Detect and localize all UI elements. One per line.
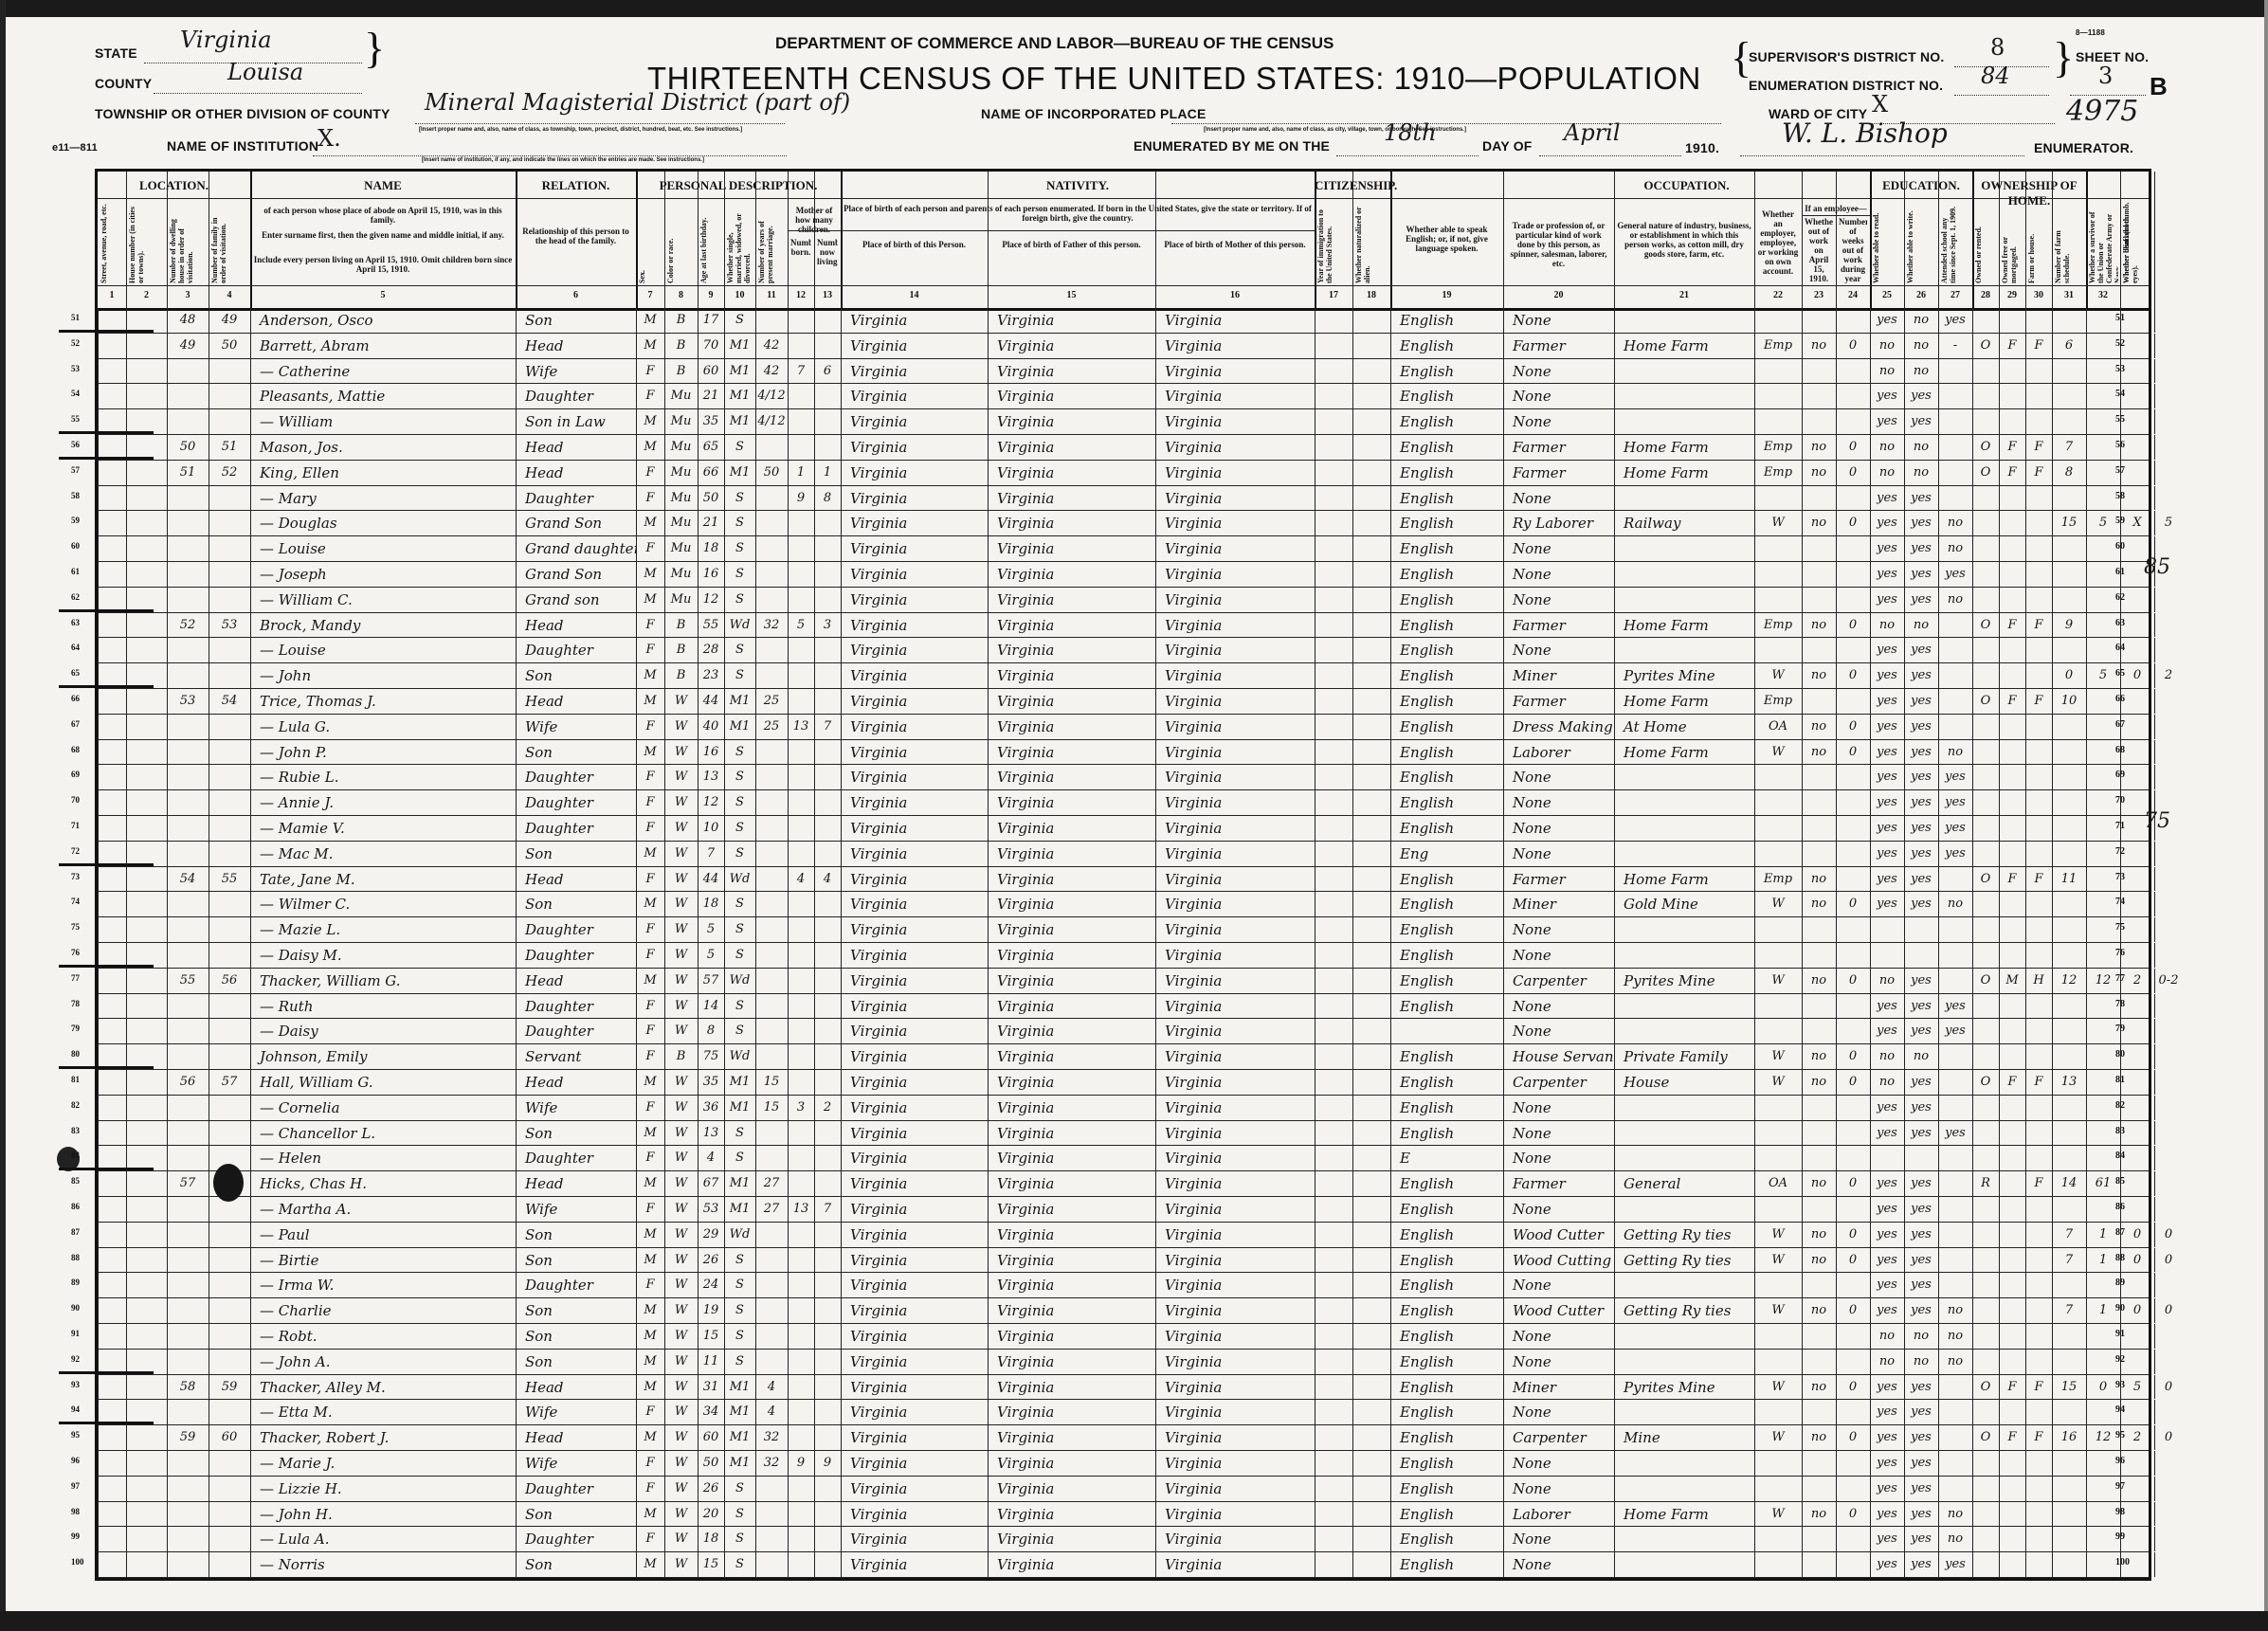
cell-read: no (1870, 334, 1904, 358)
cell-school: no (1938, 1324, 1972, 1349)
cell-sched (2052, 562, 2086, 587)
cell-weeks (1836, 1477, 1870, 1501)
cell-race: W (664, 1096, 698, 1120)
cell-bp: Virginia (841, 1146, 988, 1170)
cell-emp (1754, 536, 1802, 561)
cell-out: no (1802, 663, 1836, 688)
cell-bpf: Virginia (988, 486, 1155, 511)
cell-race: Mu (664, 435, 698, 460)
cell-bpf: Virginia (988, 384, 1155, 408)
cell-race: W (664, 969, 698, 993)
cell-own (1972, 1350, 1999, 1374)
cell-bp: Virginia (841, 1248, 988, 1273)
table-row: 4950Barrett, AbramHeadMB70M142VirginiaVi… (98, 334, 2149, 359)
line-number-left: 84 (71, 1151, 80, 1160)
cell-divider (1352, 867, 1353, 892)
cell-out (1802, 384, 1836, 408)
cell-free (1999, 384, 2025, 408)
cell-dwelling (167, 917, 209, 942)
cell-marital: S (724, 1552, 755, 1577)
cell-marital: S (724, 1019, 755, 1043)
cell-living: 8 (814, 486, 841, 511)
cell-marital: M1 (724, 1070, 755, 1095)
cell-family (209, 816, 250, 841)
column-number: 31 (2052, 290, 2086, 300)
cell-write (1904, 1146, 1938, 1170)
cell-born (788, 1324, 814, 1349)
line-number-right: 56 (2115, 440, 2125, 450)
cell-blind (2120, 943, 2154, 968)
cell-family (209, 1019, 250, 1043)
cell-sched (2052, 1477, 2086, 1501)
cell-english: English (1390, 1502, 1503, 1527)
cell-blind (2120, 1400, 2154, 1424)
cell-divider (1315, 588, 1315, 612)
cell-own: O (1972, 1425, 1999, 1450)
birth-mother-header: Place of birth of Mother of this person. (1158, 240, 1312, 268)
cell-read: yes (1870, 638, 1904, 662)
cell-sex: M (636, 663, 664, 688)
cell-farm (2025, 588, 2052, 612)
column-number: 22 (1754, 290, 1802, 300)
cell-living (814, 1425, 841, 1450)
cell-born (788, 1273, 814, 1297)
cell-relation: Daughter (516, 816, 636, 841)
cell-name: — John A. (250, 1350, 516, 1374)
cell-deaf (2154, 689, 2183, 714)
cell-race: W (664, 1477, 698, 1501)
cell-read: yes (1870, 994, 1904, 1019)
header-c26: Owned or rented. (1974, 204, 1997, 283)
cell-name: Barrett, Abram (250, 334, 516, 358)
cell-bpm: Virginia (1155, 994, 1315, 1019)
cell-divider (1352, 917, 1353, 942)
cell-blind (2120, 765, 2154, 789)
cell-weeks: 0 (1836, 1223, 1870, 1247)
cell-race: W (664, 1223, 698, 1247)
cell-years-married (755, 1527, 788, 1551)
cell-living: 1 (814, 461, 841, 485)
cell-free: F (1999, 867, 2025, 892)
cell-age: 31 (698, 1375, 724, 1400)
cell-industry (1614, 1146, 1754, 1170)
cell-marital: S (724, 917, 755, 942)
line-number-left: 59 (71, 516, 80, 525)
cell-relation: Grand Son (516, 562, 636, 587)
cell-free: F (1999, 1425, 2025, 1450)
cell-divider (126, 613, 127, 638)
cell-free: F (1999, 1070, 2025, 1095)
cell-free (1999, 1527, 2025, 1551)
cell-divider (98, 867, 99, 892)
cell-deaf (2154, 384, 2183, 408)
cell-bp: Virginia (841, 1223, 988, 1247)
cell-free: M (1999, 969, 2025, 993)
cell-bpm: Virginia (1155, 1070, 1315, 1095)
column-divider (2154, 172, 2155, 308)
cell-years-married (755, 486, 788, 511)
table-row: — BirtieSonMW26SVirginiaVirginiaVirginia… (98, 1248, 2149, 1274)
cell-farm (2025, 1527, 2052, 1551)
cell-school: no (1938, 1298, 1972, 1323)
month-underline (1539, 155, 1681, 156)
cell-trade: Farmer (1503, 435, 1614, 460)
line-number-right: 92 (2115, 1354, 2125, 1365)
enumerator-underline (1740, 155, 2024, 156)
cell-dwelling (167, 1223, 209, 1247)
cell-bpm: Virginia (1155, 562, 1315, 587)
cell-sched (2052, 994, 2086, 1019)
cell-sex: F (636, 1197, 664, 1222)
cell-blind: 0 (2120, 1223, 2154, 1247)
line-number-right: 67 (2115, 719, 2125, 730)
cell-sex: F (636, 1096, 664, 1120)
cell-weeks (1836, 689, 1870, 714)
cell-bpf: Virginia (988, 790, 1155, 815)
cell-read: yes (1870, 1248, 1904, 1273)
cell-divider (126, 994, 127, 1019)
cell-name: — Lula G. (250, 715, 516, 739)
cell-write: yes (1904, 562, 1938, 587)
cell-read: yes (1870, 562, 1904, 587)
line-number-right: 80 (2115, 1049, 2125, 1060)
cell-name: — Mamie V. (250, 816, 516, 841)
cell-divider (1315, 1171, 1315, 1196)
cell-free: F (1999, 334, 2025, 358)
employer-header: Whether an employer, employee, or workin… (1757, 209, 1799, 281)
cell-read: yes (1870, 1552, 1904, 1577)
cell-marital: S (724, 435, 755, 460)
cell-born: 13 (788, 715, 814, 739)
cell-weeks: 0 (1836, 613, 1870, 638)
column-number: 5 (250, 290, 516, 300)
cell-industry (1614, 486, 1754, 511)
table-row: — CharlieSonMW19SVirginiaVirginiaVirgini… (98, 1298, 2149, 1324)
cell-weeks (1836, 1146, 1870, 1170)
group-occupation: OCCUPATION. (1503, 178, 1870, 193)
cell-blind: 2 (2120, 1425, 2154, 1450)
cell-race: B (664, 613, 698, 638)
cell-years-married (755, 1273, 788, 1297)
cell-name: — Daisy M. (250, 943, 516, 968)
column-number: 4 (209, 290, 250, 300)
column-number: 15 (988, 290, 1155, 300)
column-number: 23 (1802, 290, 1836, 300)
english-header: Whether able to speak English; or, if no… (1393, 225, 1500, 263)
cell-bpf: Virginia (988, 740, 1155, 765)
cell-relation: Daughter (516, 1146, 636, 1170)
cell-blind (2120, 1044, 2154, 1069)
cell-relation: Grand Son (516, 511, 636, 535)
cell-sex: F (636, 461, 664, 485)
cell-bpm: Virginia (1155, 1324, 1315, 1349)
cell-bpf: Virginia (988, 511, 1155, 535)
cell-free (1999, 1552, 2025, 1577)
column-number: 20 (1503, 290, 1614, 300)
cell-living: 9 (814, 1451, 841, 1476)
cell-born (788, 689, 814, 714)
cell-write: yes (1904, 638, 1938, 662)
cell-english: English (1390, 943, 1503, 968)
cell-industry: Private Family (1614, 1044, 1754, 1069)
cell-school: - (1938, 334, 1972, 358)
cell-sched (2052, 842, 2086, 866)
cell-english: E (1390, 1146, 1503, 1170)
cell-industry (1614, 1324, 1754, 1349)
cell-divider (1315, 1324, 1315, 1349)
cell-dwelling: 57 (167, 1171, 209, 1196)
cell-bpm: Virginia (1155, 638, 1315, 662)
cell-divider (1315, 308, 1315, 333)
cell-divider (98, 892, 99, 916)
cell-divider (1315, 1375, 1315, 1400)
line-number-right: 60 (2115, 541, 2125, 552)
group-nativity: NATIVITY. (841, 178, 1315, 193)
cell-family: 49 (209, 308, 250, 333)
header-c27: Owned free or mortgaged. (2001, 204, 2023, 283)
cell-divider (126, 511, 127, 535)
cell-farm (2025, 1121, 2052, 1146)
cell-divider (126, 1223, 127, 1247)
cell-years-married (755, 511, 788, 535)
cell-bpf: Virginia (988, 1324, 1155, 1349)
cell-weeks: 0 (1836, 334, 1870, 358)
cell-farm (2025, 1096, 2052, 1120)
cell-sex: M (636, 334, 664, 358)
cell-relation: Son (516, 1248, 636, 1273)
cell-bpf: Virginia (988, 1298, 1155, 1323)
cell-bpf: Virginia (988, 842, 1155, 866)
cell-name: — Irma W. (250, 1273, 516, 1297)
cell-age: 55 (698, 613, 724, 638)
cell-bp: Virginia (841, 867, 988, 892)
cell-free (1999, 1019, 2025, 1043)
cell-deaf (2154, 1096, 2183, 1120)
cell-free (1999, 1400, 2025, 1424)
cell-divider (1315, 613, 1315, 638)
table-row: 5455Tate, Jane M.HeadFW44Wd44VirginiaVir… (98, 867, 2149, 893)
cell-bpf: Virginia (988, 435, 1155, 460)
cell-years-married (755, 943, 788, 968)
cell-school: yes (1938, 562, 1972, 587)
header-c30: Whether a survivor of the Union or Confe… (2088, 204, 2118, 283)
county-underline (154, 93, 362, 94)
cell-blind (2120, 409, 2154, 434)
cell-read: yes (1870, 1121, 1904, 1146)
cell-deaf (2154, 994, 2183, 1019)
cell-bpf: Virginia (988, 1375, 1155, 1400)
cell-emp: Emp (1754, 461, 1802, 485)
cell-divider (1315, 1298, 1315, 1323)
cell-free: F (1999, 613, 2025, 638)
cell-english: English (1390, 1400, 1503, 1424)
cell-deaf (2154, 1121, 2183, 1146)
cell-deaf (2154, 1273, 2183, 1297)
cell-family (209, 1527, 250, 1551)
cell-english: English (1390, 638, 1503, 662)
cell-industry: Pyrites Mine (1614, 1375, 1754, 1400)
cell-relation: Servant (516, 1044, 636, 1069)
township-label: TOWNSHIP OR OTHER DIVISION OF COUNTY (95, 106, 390, 121)
cell-blind: X (2120, 511, 2154, 535)
cell-read: yes (1870, 1273, 1904, 1297)
cell-marital: M1 (724, 689, 755, 714)
table-row: 5152King, EllenHeadFMu66M15011VirginiaVi… (98, 461, 2149, 486)
cell-bpf: Virginia (988, 1552, 1155, 1577)
cell-sex: M (636, 435, 664, 460)
cell-race: Mu (664, 461, 698, 485)
cell-name: — Mazie L. (250, 917, 516, 942)
table-row: Pleasants, MattieDaughterFMu21M14/12Virg… (98, 384, 2149, 409)
cell-race: W (664, 1527, 698, 1551)
enumerated-day-underline (1336, 155, 1479, 156)
cell-school (1938, 1096, 1972, 1120)
cell-emp: Emp (1754, 689, 1802, 714)
line-number-left: 88 (71, 1253, 80, 1262)
cell-write: yes (1904, 588, 1938, 612)
column-number: 27 (1938, 290, 1972, 300)
cell-divider (126, 1324, 127, 1349)
cell-write: yes (1904, 1248, 1938, 1273)
cell-age: 16 (698, 740, 724, 765)
cell-living (814, 562, 841, 587)
cell-bpm: Virginia (1155, 917, 1315, 942)
cell-family (209, 409, 250, 434)
cell-farm: F (2025, 1425, 2052, 1450)
cell-living (814, 1502, 841, 1527)
cell-age: 70 (698, 334, 724, 358)
cell-out (1802, 689, 1836, 714)
cell-living: 7 (814, 1197, 841, 1222)
cell-divider (1315, 1400, 1315, 1424)
cell-blind (2120, 867, 2154, 892)
cell-bpf: Virginia (988, 1070, 1155, 1095)
line-number-left: 63 (71, 618, 80, 627)
cell-bp: Virginia (841, 1197, 988, 1222)
cell-english: English (1390, 1552, 1503, 1577)
cell-divider (126, 1425, 127, 1450)
cell-trade: None (1503, 308, 1614, 333)
cell-divider (1352, 1298, 1353, 1323)
cell-free: F (1999, 1375, 2025, 1400)
cell-born: 3 (788, 1096, 814, 1120)
cell-living (814, 994, 841, 1019)
cell-divider (1352, 511, 1353, 535)
line-number-left: 60 (71, 541, 80, 551)
cell-living (814, 1477, 841, 1501)
cell-divider (126, 1502, 127, 1527)
column-number: 13 (814, 290, 841, 300)
cell-own (1972, 790, 1999, 815)
cell-divider (1315, 917, 1315, 942)
cell-bpm: Virginia (1155, 715, 1315, 739)
cell-dwelling: 54 (167, 867, 209, 892)
cell-divider (1352, 892, 1353, 916)
cell-dwelling (167, 1451, 209, 1476)
name-instruction: Enter surname first, then the given name… (253, 230, 513, 249)
cell-divider (98, 613, 99, 638)
cell-sched (2052, 1400, 2086, 1424)
cell-write: no (1904, 435, 1938, 460)
cell-divider (1315, 765, 1315, 789)
cell-sex: M (636, 969, 664, 993)
line-number-right: 91 (2115, 1329, 2125, 1339)
cell-bpm: Virginia (1155, 1451, 1315, 1476)
cell-bpm: Virginia (1155, 1298, 1315, 1323)
cell-bp: Virginia (841, 790, 988, 815)
cell-bpf: Virginia (988, 1171, 1155, 1196)
cell-trade: None (1503, 917, 1614, 942)
cell-name: Pleasants, Mattie (250, 384, 516, 408)
line-number-right: 94 (2115, 1404, 2125, 1415)
cell-divider (1352, 638, 1353, 662)
cell-divider (126, 1096, 127, 1120)
header-c16: Whether naturalized or alien. (1354, 204, 1388, 283)
cell-divider (98, 461, 99, 485)
cell-read: yes (1870, 790, 1904, 815)
cell-relation: Son (516, 842, 636, 866)
cell-blind (2120, 359, 2154, 384)
cell-name: — Douglas (250, 511, 516, 535)
cell-sex: M (636, 1552, 664, 1577)
line-number-right: 55 (2115, 414, 2125, 425)
table-row: — JosephGrand SonMMu16SVirginiaVirginiaV… (98, 562, 2149, 588)
cell-read: yes (1870, 1171, 1904, 1196)
cell-years-married (755, 435, 788, 460)
cell-divider (98, 1477, 99, 1501)
cell-family (209, 1400, 250, 1424)
cell-living (814, 1121, 841, 1146)
cell-divider (1315, 842, 1315, 866)
table-row: — Etta M.WifeFW34M14VirginiaVirginiaVirg… (98, 1400, 2149, 1425)
cell-emp: OA (1754, 715, 1802, 739)
cell-divider (126, 1121, 127, 1146)
cell-bpf: Virginia (988, 1451, 1155, 1476)
cell-sched (2052, 1552, 2086, 1577)
cell-read: yes (1870, 1197, 1904, 1222)
cell-race: W (664, 1197, 698, 1222)
cell-name: — Mary (250, 486, 516, 511)
cell-relation: Daughter (516, 917, 636, 942)
cell-relation: Daughter (516, 1527, 636, 1551)
cell-industry: Home Farm (1614, 689, 1754, 714)
cell-trade: None (1503, 943, 1614, 968)
cell-bp: Virginia (841, 943, 988, 968)
cell-out: no (1802, 892, 1836, 916)
cell-write: yes (1904, 1477, 1938, 1501)
form-code: 8—1188 (2076, 28, 2105, 37)
cell-weeks (1836, 536, 1870, 561)
cell-own: O (1972, 613, 1999, 638)
cell-industry (1614, 638, 1754, 662)
line-number-left: 70 (71, 795, 80, 805)
cell-dwelling: 49 (167, 334, 209, 358)
cell-english: English (1390, 867, 1503, 892)
cell-living (814, 1350, 841, 1374)
cell-dwelling (167, 638, 209, 662)
cell-sex: F (636, 1527, 664, 1551)
cell-sched (2052, 1197, 2086, 1222)
cell-divider (126, 486, 127, 511)
cell-own (1972, 994, 1999, 1019)
cell-bpm: Virginia (1155, 1425, 1315, 1450)
cell-deaf: 0 (2154, 1223, 2183, 1247)
cell-years-married: 27 (755, 1171, 788, 1196)
cell-divider (98, 1324, 99, 1349)
line-number-right: 84 (2115, 1151, 2125, 1161)
cell-write: yes (1904, 842, 1938, 866)
cell-sched: 0 (2052, 663, 2086, 688)
